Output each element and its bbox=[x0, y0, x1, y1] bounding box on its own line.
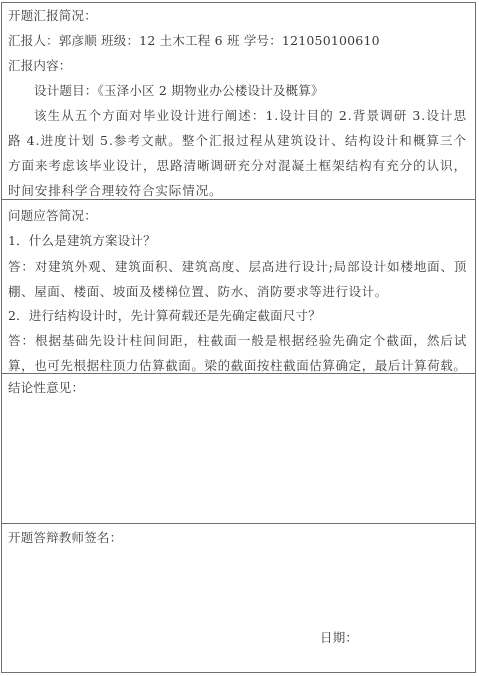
report-heading: 开题汇报简况： bbox=[8, 8, 97, 24]
qa-section: 问题应答简况： 1．什么是建筑方案设计？ 答：对建筑外观、建筑面积、建筑高度、层… bbox=[2, 200, 475, 374]
design-title: 设计题目：《玉泽小区 2 期物业办公楼设计及概算》 bbox=[34, 83, 324, 99]
defense-record-form: 开题汇报简况： 汇报人：郭彦顺 班级：12 土木工程 6 班 学号：121050… bbox=[1, 2, 476, 673]
reporter-info: 汇报人：郭彦顺 班级：12 土木工程 6 班 学号：121050100610 bbox=[8, 33, 380, 49]
signature-field[interactable] bbox=[8, 554, 448, 624]
qa-heading: 问题应答简况： bbox=[8, 208, 97, 224]
question-2: 2．进行结构设计时，先计算荷载还是先确定截面尺寸？ bbox=[8, 308, 321, 324]
signature-section: 开题答辩教师签名： 日期： bbox=[2, 524, 475, 672]
date-label: 日期： bbox=[320, 630, 358, 646]
answer-1: 答：对建筑外观、建筑面积、建筑高度、层高进行设计;局部设计如楼地面、顶棚、屋面、… bbox=[8, 254, 467, 304]
report-summary: 该生从五个方面对毕业设计进行阐述：1.设计目的 2.背景调研 3.设计思路 4.… bbox=[8, 103, 467, 203]
signature-heading: 开题答辩教师签名： bbox=[8, 530, 122, 546]
report-section: 开题汇报简况： 汇报人：郭彦顺 班级：12 土木工程 6 班 学号：121050… bbox=[2, 3, 475, 200]
answer-2: 答：根据基础先设计柱间间距，柱截面一般是根据经验先确定个截面，然后试算，也可先根… bbox=[8, 328, 467, 378]
conclusion-heading: 结论性意见： bbox=[8, 380, 84, 396]
question-1: 1．什么是建筑方案设计？ bbox=[8, 233, 156, 249]
conclusion-body[interactable] bbox=[8, 404, 448, 504]
conclusion-section: 结论性意见： bbox=[2, 374, 475, 524]
content-heading: 汇报内容： bbox=[8, 58, 72, 74]
